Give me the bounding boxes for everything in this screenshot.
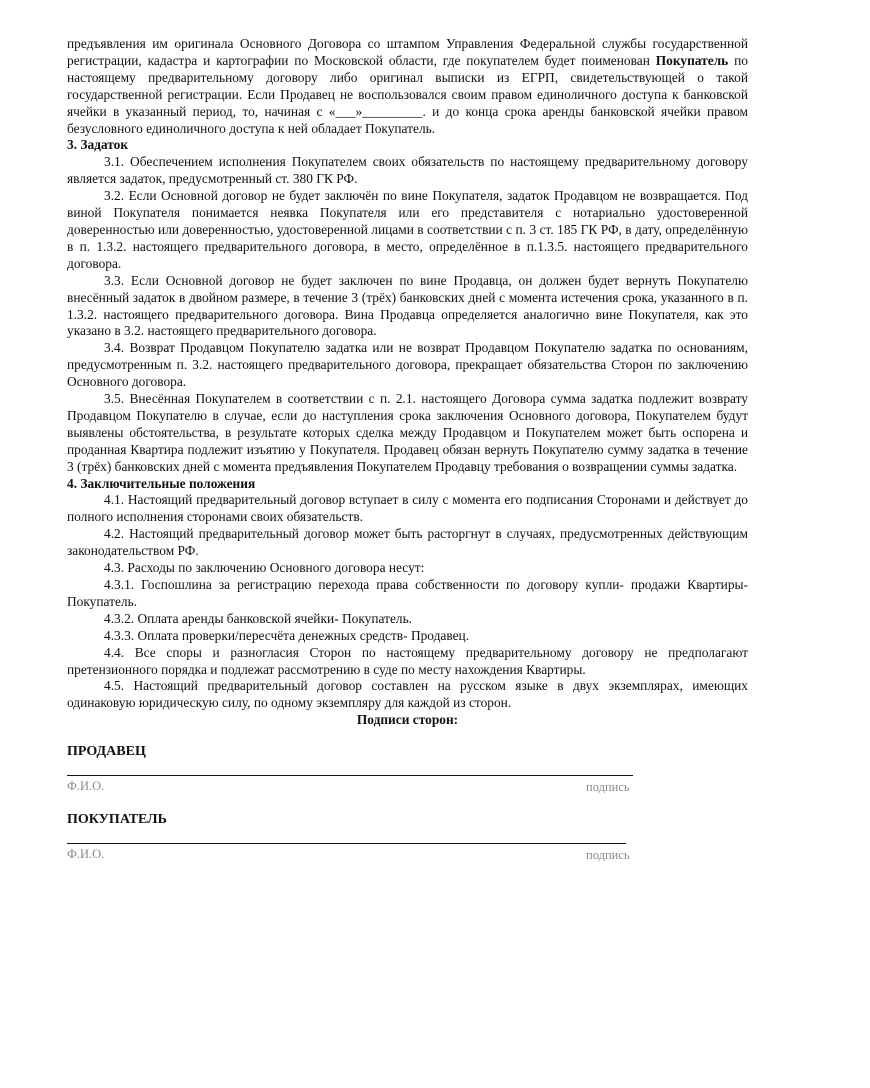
clause-4-3-3: 4.3.3. Оплата проверки/пересчёта денежны… [67,628,748,645]
buyer-signature-line [67,843,626,844]
intro-text-a: предъявления им оригинала Основного Дого… [67,36,748,68]
buyer-sign-label: подпись [586,848,630,863]
section-3-title: 3. Задаток [67,137,748,154]
buyer-label: ПОКУПАТЕЛЬ [67,812,167,828]
clause-4-2: 4.2. Настоящий предварительный договор м… [67,526,748,560]
intro-paragraph: предъявления им оригинала Основного Дого… [67,36,748,137]
clause-4-5: 4.5. Настоящий предварительный договор с… [67,678,748,712]
clause-3-4: 3.4. Возврат Продавцом Покупателю задатк… [67,340,748,391]
clause-4-4: 4.4. Все споры и разногласия Сторон по н… [67,645,748,679]
seller-signature-line [67,775,633,776]
clause-3-2: 3.2. Если Основной договор не будет закл… [67,188,748,273]
contract-page: предъявления им оригинала Основного Дого… [67,36,748,729]
signatures-title: Подписи сторон: [67,712,748,729]
intro-bold-buyer: Покупатель [656,53,729,68]
seller-label: ПРОДАВЕЦ [67,744,146,760]
clause-4-3: 4.3. Расходы по заключению Основного дог… [67,560,748,577]
clause-3-1: 3.1. Обеспечением исполнения Покупателем… [67,154,748,188]
seller-fio-label: Ф.И.О. [67,779,104,794]
clause-4-3-1: 4.3.1. Госпошлина за регистрацию переход… [67,577,748,611]
clause-4-1: 4.1. Настоящий предварительный договор в… [67,492,748,526]
clause-3-5: 3.5. Внесённая Покупателем в соответстви… [67,391,748,476]
seller-sign-label: подпись [586,780,630,795]
clause-3-3: 3.3. Если Основной договор не будет закл… [67,273,748,341]
buyer-fio-label: Ф.И.О. [67,847,104,862]
section-4-title: 4. Заключительные положения [67,476,748,493]
clause-4-3-2: 4.3.2. Оплата аренды банковской ячейки- … [67,611,748,628]
